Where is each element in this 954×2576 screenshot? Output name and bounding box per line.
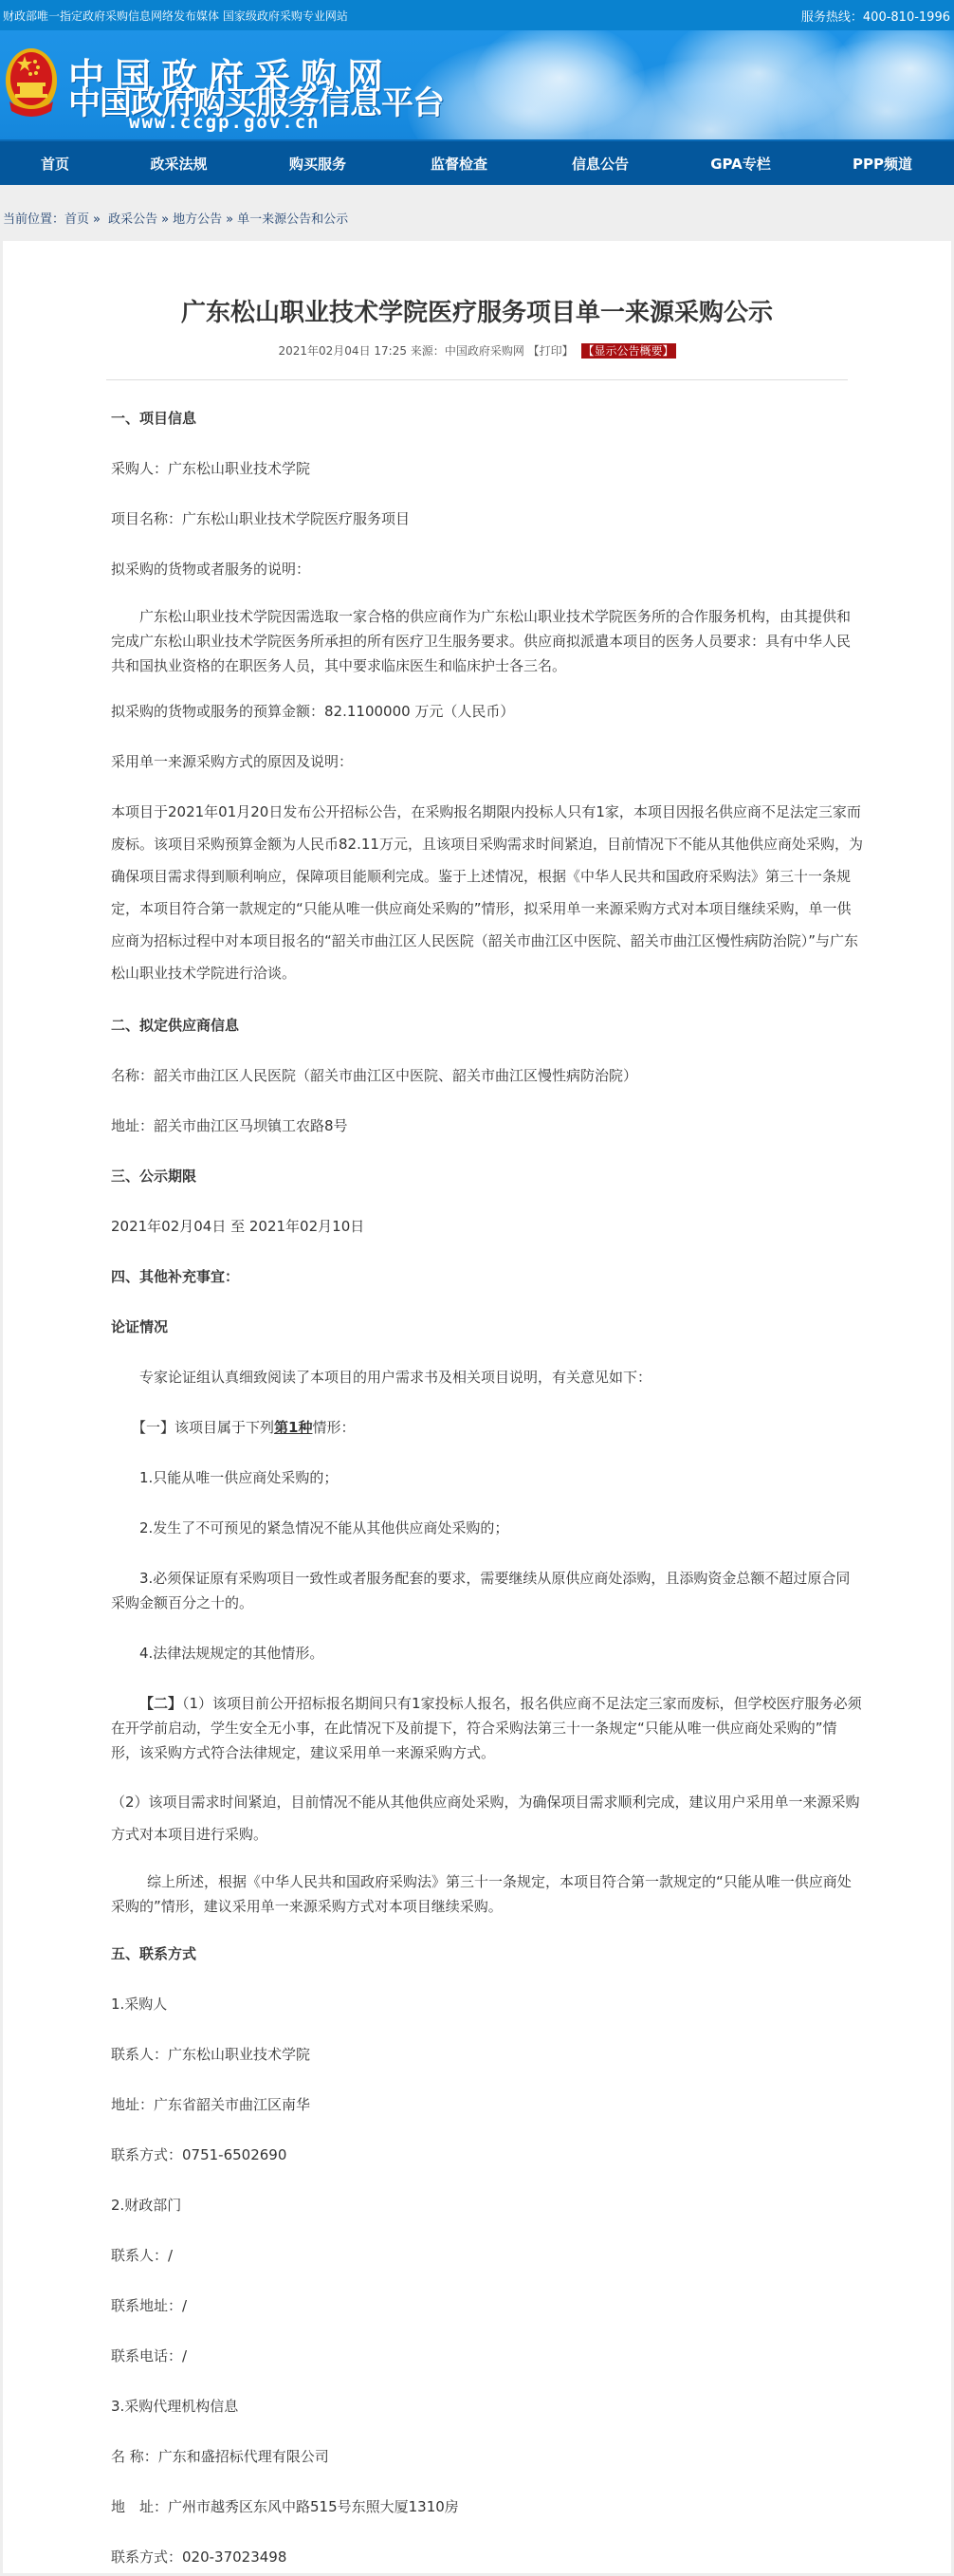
case-item: 2.发生了不可预见的紧急情况不能从其他供应商处采购的； bbox=[111, 1516, 864, 1540]
breadcrumb-local-notices[interactable]: 地方公告 bbox=[173, 212, 222, 227]
top-strip: 财政部唯一指定政府采购信息网络发布媒体 国家级政府采购专业网站 服务热线：400… bbox=[0, 0, 954, 30]
agency-address: 地 址：广州市越秀区东风中路515号东照大厦1310房 bbox=[111, 2494, 864, 2519]
national-emblem-icon bbox=[4, 45, 59, 122]
breadcrumb-procurement-notices[interactable]: 政采公告 bbox=[108, 212, 157, 227]
breadcrumb-separator: » bbox=[93, 212, 101, 227]
point-two-b: （2）该项目需求时间紧迫，目前情况不能从其他供应商处采购，为确保项目需求顺利完成… bbox=[111, 1786, 864, 1850]
notice-period: 2021年02月04日 至 2021年02月10日 bbox=[111, 1214, 864, 1239]
point-two-a: （1）该项目前公开招标报名期间只有1家投标人报名，报名供应商不足法定三家而废标，… bbox=[111, 1695, 862, 1761]
breadcrumb-single-source[interactable]: 单一来源公告和公示 bbox=[237, 212, 348, 227]
print-link[interactable]: 【打印】 bbox=[528, 344, 574, 358]
case-item: 4.法律法规规定的其他情形。 bbox=[111, 1641, 864, 1665]
nav-item-announcements[interactable]: 信息公告 bbox=[530, 154, 670, 174]
expert-intro: 专家论证组认真细致阅读了本项目的用户需求书及相关项目说明，有关意见如下： bbox=[111, 1365, 864, 1389]
breadcrumb-separator: » bbox=[161, 212, 169, 227]
goods-description-label: 拟采购的货物或者服务的说明： bbox=[111, 557, 864, 581]
article-title: 广东松山职业技术学院医疗服务项目单一来源采购公示 bbox=[3, 241, 951, 343]
logo-url: www.ccgp.gov.cn bbox=[129, 112, 321, 133]
nav-item-gpa[interactable]: GPA专栏 bbox=[670, 154, 811, 174]
nav-item-regulations[interactable]: 政采法规 bbox=[110, 154, 248, 174]
main-nav: 首页 政采法规 购买服务 监督检查 信息公告 GPA专栏 PPP频道 bbox=[0, 139, 954, 185]
case-item: 3.必须保证原有采购项目一致性或者服务配套的要求，需要继续从原供应商处添购，且添… bbox=[111, 1566, 864, 1615]
breadcrumb: 当前位置：首页» 政采公告»地方公告»单一来源公告和公示 bbox=[0, 185, 954, 241]
goods-description-text: 广东松山职业技术学院因需选取一家合格的供应商作为广东松山职业技术学院医务所的合作… bbox=[111, 604, 864, 678]
single-source-reason-label: 采用单一来源采购方式的原因及说明： bbox=[111, 749, 864, 774]
publish-datetime: 2021年02月04日 17:25 bbox=[278, 344, 406, 358]
purchaser-title: 1.采购人 bbox=[111, 1992, 864, 2016]
show-summary-button[interactable]: 【显示公告概要】 bbox=[581, 343, 676, 359]
service-hotline: 服务热线：400-810-1996 bbox=[801, 7, 950, 25]
article-body: 一、项目信息 采购人：广东松山职业技术学院 项目名称：广东松山职业技术学院医疗服… bbox=[3, 406, 951, 2569]
finance-address: 联系地址：/ bbox=[111, 2293, 864, 2318]
section-heading-notice-period: 三、公示期限 bbox=[111, 1164, 864, 1188]
breadcrumb-home[interactable]: 首页 bbox=[64, 212, 89, 227]
title-divider bbox=[106, 379, 848, 380]
section-heading-project-info: 一、项目信息 bbox=[111, 406, 864, 431]
section-heading-other-matters: 四、其他补充事宜： bbox=[111, 1264, 864, 1289]
source-label: 来源： bbox=[411, 344, 445, 358]
project-name-line: 项目名称：广东松山职业技术学院医疗服务项目 bbox=[111, 506, 864, 531]
point-one: 【一】该项目属于下列第1种情形： bbox=[111, 1415, 864, 1440]
finance-contact: 联系人：/ bbox=[111, 2243, 864, 2268]
conclusion: 综上所述，根据《中华人民共和国政府采购法》第三十一条规定，本项目符合第一款规定的… bbox=[111, 1869, 864, 1919]
finance-phone: 联系电话：/ bbox=[111, 2344, 864, 2368]
subheading-argumentation: 论证情况 bbox=[111, 1315, 864, 1339]
supplier-name: 名称：韶关市曲江区人民医院（韶关市曲江区中医院、韶关市曲江区慢性病防治院） bbox=[111, 1063, 864, 1088]
agency-name: 名 称：广东和盛招标代理有限公司 bbox=[111, 2444, 864, 2469]
nav-item-supervision[interactable]: 监督检查 bbox=[388, 154, 530, 174]
purchaser-phone: 联系方式：0751-6502690 bbox=[111, 2143, 864, 2167]
agency-phone: 联系方式：020-37023498 bbox=[111, 2545, 864, 2569]
nav-item-home[interactable]: 首页 bbox=[0, 154, 110, 174]
agency-title: 3.采购代理机构信息 bbox=[111, 2394, 864, 2419]
point-two: 【二】（1）该项目前公开招标报名期间只有1家投标人报名，报名供应商不足法定三家而… bbox=[111, 1691, 864, 1765]
breadcrumb-prefix: 当前位置： bbox=[3, 212, 64, 227]
case-item: 1.只能从唯一供应商处采购的； bbox=[111, 1465, 864, 1490]
site-slogan: 财政部唯一指定政府采购信息网络发布媒体 国家级政府采购专业网站 bbox=[3, 8, 348, 24]
purchaser-line: 采购人：广东松山职业技术学院 bbox=[111, 456, 864, 481]
purchaser-address: 地址：广东省韶关市曲江区南华 bbox=[111, 2092, 864, 2117]
nav-item-ppp[interactable]: PPP频道 bbox=[811, 154, 954, 174]
point-one-prefix: 【一】该项目属于下列 bbox=[132, 1419, 274, 1436]
source-name: 中国政府采购网 bbox=[445, 344, 524, 358]
supplier-address: 地址：韶关市曲江区马坝镇工农路8号 bbox=[111, 1113, 864, 1138]
nav-item-purchase-services[interactable]: 购买服务 bbox=[248, 154, 388, 174]
site-banner: 中国政府采购网 中国政府购买服务信息平台 www.ccgp.gov.cn bbox=[0, 30, 954, 139]
article-meta: 2021年02月04日 17:25 来源：中国政府采购网 【打印】 【显示公告概… bbox=[3, 343, 951, 359]
point-one-suffix: 情形： bbox=[312, 1419, 355, 1436]
breadcrumb-separator: » bbox=[226, 212, 233, 227]
point-one-emphasis: 第1种 bbox=[274, 1419, 312, 1436]
finance-title: 2.财政部门 bbox=[111, 2193, 864, 2217]
article-container: 广东松山职业技术学院医疗服务项目单一来源采购公示 2021年02月04日 17:… bbox=[3, 241, 951, 2573]
single-source-reason-text: 本项目于2021年01月20日发布公开招标公告，在采购报名期限内投标人只有1家，… bbox=[111, 796, 864, 989]
point-two-prefix: 【二】 bbox=[139, 1695, 182, 1712]
section-heading-contacts: 五、联系方式 bbox=[111, 1941, 864, 1966]
purchaser-contact: 联系人：广东松山职业技术学院 bbox=[111, 2042, 864, 2067]
section-heading-supplier: 二、拟定供应商信息 bbox=[111, 1013, 864, 1038]
budget-line: 拟采购的货物或服务的预算金额：82.1100000 万元（人民币） bbox=[111, 699, 864, 724]
